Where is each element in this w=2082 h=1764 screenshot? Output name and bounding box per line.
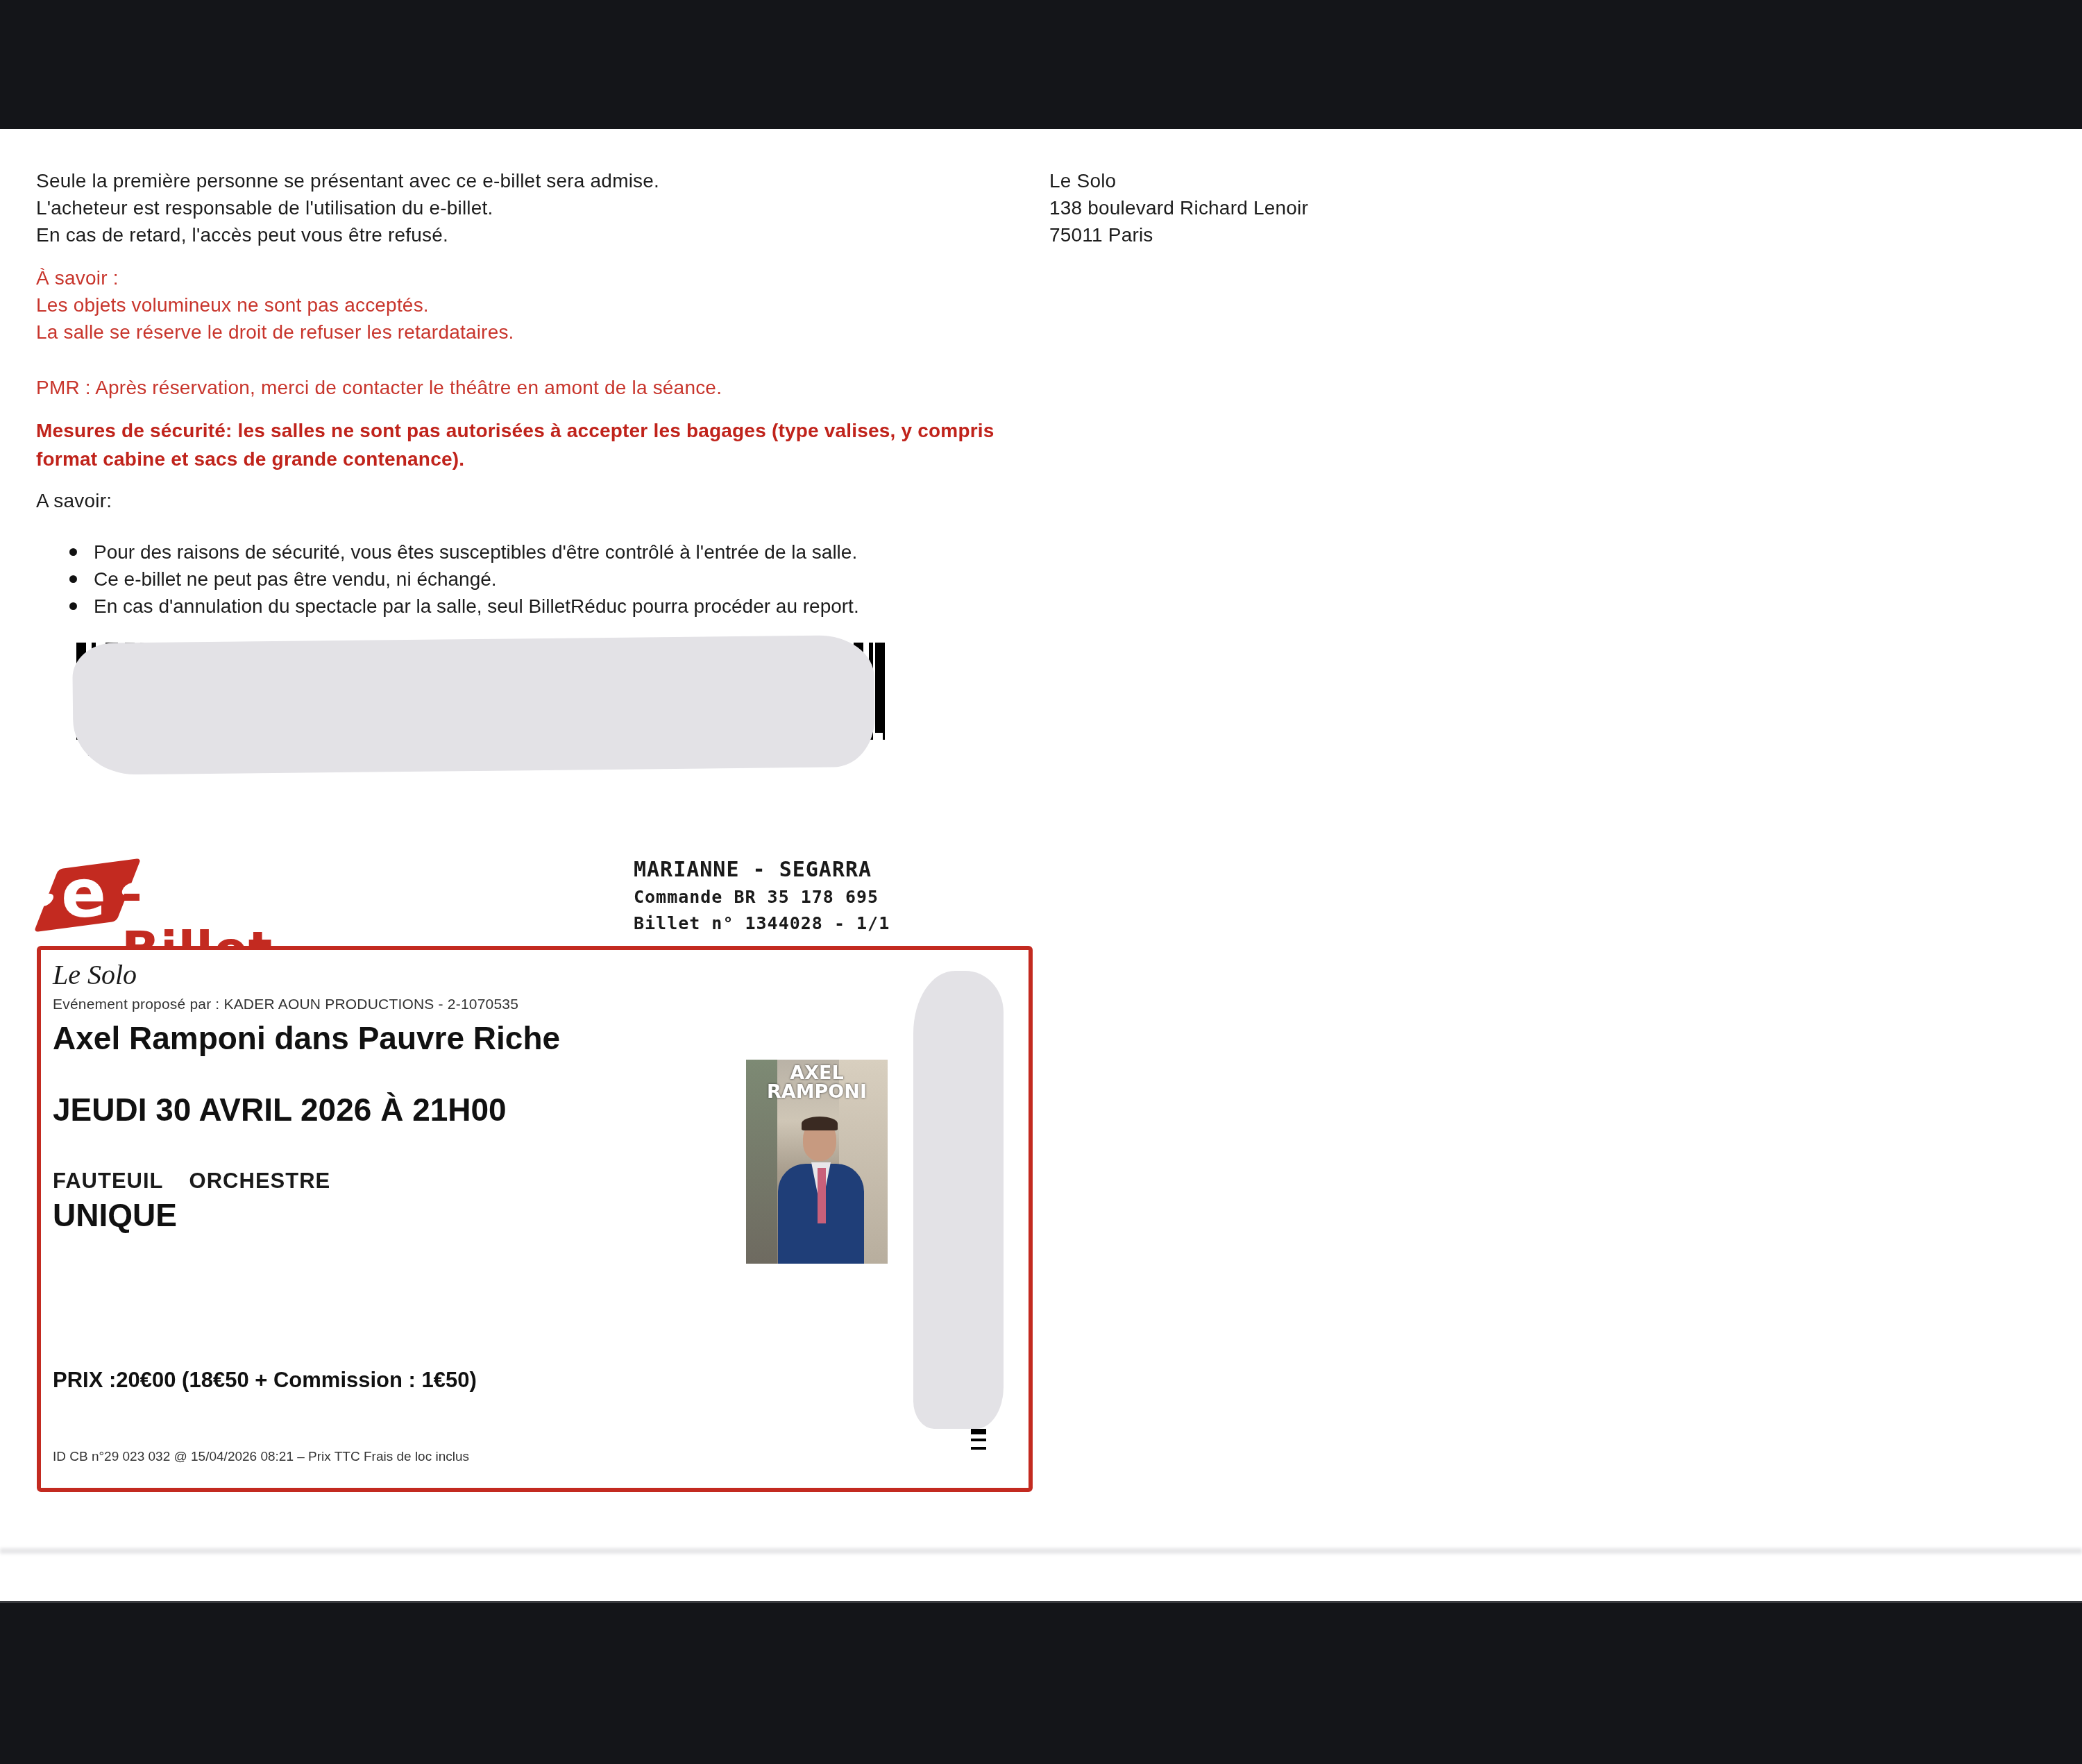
ticket-footnote: ID CB n°29 023 032 @ 15/04/2026 08:21 – …	[53, 1450, 469, 1465]
poster-title: AXEL RAMPONI	[746, 1064, 888, 1101]
bullet-item: Ce e-billet ne peut pas être vendu, ni é…	[36, 566, 859, 593]
show-datetime: JEUDI 30 AVRIL 2026 À 21H00	[53, 1091, 507, 1128]
ticket-page: Seule la première personne se présentant…	[0, 129, 2082, 1601]
venue-city: 75011 Paris	[1049, 221, 1308, 248]
pmr-notice: PMR : Après réservation, merci de contac…	[36, 374, 722, 401]
venue-name: Le Solo	[1049, 167, 1308, 194]
ticket-promoter: Evénement proposé par : KADER AOUN PRODU…	[53, 997, 518, 1013]
a-savoir-title-2: A savoir:	[36, 487, 112, 514]
a-savoir-title: À savoir :	[36, 264, 514, 291]
holder-name: MARIANNE - SEGARRA	[634, 856, 890, 884]
security-measures: Mesures de sécurité: les salles ne sont …	[36, 416, 1008, 473]
barcode-redaction	[72, 635, 875, 775]
info-bullets: Pour des raisons de sécurité, vous êtes …	[36, 538, 859, 620]
venue-street: 138 boulevard Richard Lenoir	[1049, 194, 1308, 221]
bullet-item: Pour des raisons de sécurité, vous êtes …	[36, 538, 859, 566]
vertical-barcode-redaction	[913, 971, 1004, 1429]
top-black-bar	[0, 0, 2082, 129]
admission-conditions: Seule la première personne se présentant…	[36, 167, 659, 248]
seat-category: FAUTEUIL ORCHESTRE	[53, 1169, 330, 1194]
venue-address: Le Solo 138 boulevard Richard Lenoir 750…	[1049, 167, 1308, 248]
logo-e: e	[61, 860, 106, 927]
a-savoir-line: La salle se réserve le droit de refuser …	[36, 319, 514, 346]
page-separator	[0, 1548, 2082, 1554]
condition-line: Seule la première personne se présentant…	[36, 167, 659, 194]
condition-line: L'acheteur est responsable de l'utilisat…	[36, 194, 659, 221]
order-number: Commande BR 35 178 695	[634, 884, 890, 910]
a-savoir-notice: À savoir : Les objets volumineux ne sont…	[36, 264, 514, 346]
a-savoir-line: Les objets volumineux ne sont pas accept…	[36, 291, 514, 319]
barcode-end-bar	[875, 643, 885, 733]
ticket-box: Le Solo Evénement proposé par : KADER AO…	[37, 946, 1033, 1492]
e-billet-logo: e -Billet	[42, 851, 278, 941]
condition-line: En cas de retard, l'accès peut vous être…	[36, 221, 659, 248]
seat-placement: UNIQUE	[53, 1196, 177, 1234]
bottom-black-bar	[0, 1601, 2082, 1764]
ticket-holder-info: MARIANNE - SEGARRA Commande BR 35 178 69…	[634, 856, 890, 937]
show-poster-image: AXEL RAMPONI	[746, 1060, 888, 1264]
ticket-venue: Le Solo	[53, 958, 137, 991]
ticket-price: PRIX :20€00 (18€50 + Commission : 1€50)	[53, 1368, 477, 1393]
bullet-item: En cas d'annulation du spectacle par la …	[36, 593, 859, 620]
ticket-number: Billet n° 1344028 - 1/1	[634, 910, 890, 937]
show-title: Axel Ramponi dans Pauvre Riche	[53, 1019, 560, 1057]
